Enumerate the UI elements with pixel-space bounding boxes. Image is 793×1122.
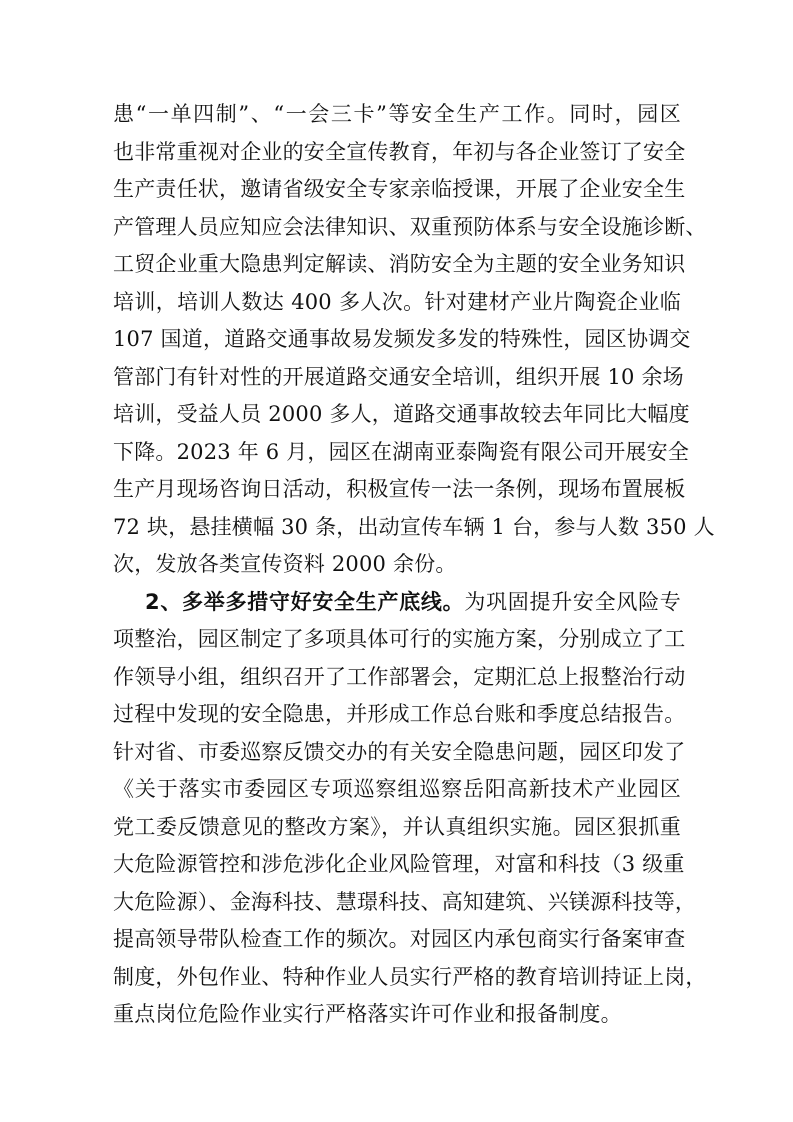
text-run: 为巩固提升安全风险专 [464, 590, 681, 614]
text-line: 针对省、市委巡察反馈交办的有关安全隐患问题，园区印发了 [113, 734, 681, 772]
text-line: 《关于落实市委园区专项巡察组巡察岳阳高新技术产业园区 [113, 771, 681, 809]
text-line: 培训，培训人数达 400 多人次。针对建材产业片陶瓷企业临 [113, 284, 681, 322]
text-line: 项整治，园区制定了多项具体可行的实施方案，分别成立了工 [113, 621, 681, 659]
text-line: 作领导小组，组织召开了工作部署会，定期汇总上报整治行动 [113, 659, 681, 697]
paragraph-safety-baseline: 2、多举多措守好安全生产底线。为巩固提升安全风险专 项整治，园区制定了多项具体可… [113, 584, 681, 1034]
text-line: 72 块，悬挂横幅 30 条，出动宣传车辆 1 台，参与人数 350 人 [113, 509, 681, 547]
text-line: 重点岗位危险作业实行严格落实许可作业和报备制度。 [113, 996, 681, 1034]
text-line: 培训，受益人员 2000 多人，道路交通事故较去年同比大幅度 [113, 396, 681, 434]
text-line: 产管理人员应知应会法律知识、双重预防体系与安全设施诊断、 [113, 209, 681, 247]
text-line: 2、多举多措守好安全生产底线。为巩固提升安全风险专 [113, 584, 681, 622]
section-heading: 2、多举多措守好安全生产底线。 [145, 590, 464, 614]
text-line: 制度，外包作业、特种作业人员实行严格的教育培训持证上岗， [113, 959, 681, 997]
text-line: 患“一单四制”、“一会三卡”等安全生产工作。同时，园区 [113, 96, 681, 134]
document-body: 患“一单四制”、“一会三卡”等安全生产工作。同时，园区 也非常重视对企业的安全宣… [113, 96, 681, 1034]
text-line: 生产月现场咨询日活动，积极宣传一法一条例，现场布置展板 [113, 471, 681, 509]
text-line: 也非常重视对企业的安全宣传教育，年初与各企业签订了安全 [113, 134, 681, 172]
paragraph-safety-education: 患“一单四制”、“一会三卡”等安全生产工作。同时，园区 也非常重视对企业的安全宣… [113, 96, 681, 584]
text-line: 党工委反馈意见的整改方案》，并认真组织实施。园区狠抓重 [113, 809, 681, 847]
text-line: 大危险源管控和涉危涉化企业风险管理，对富和科技（3 级重 [113, 846, 681, 884]
text-line: 大危险源）、金海科技、慧璟科技、高知建筑、兴镁源科技等， [113, 884, 681, 922]
text-line: 提高领导带队检查工作的频次。对园区内承包商实行备案审查 [113, 921, 681, 959]
document-page: 患“一单四制”、“一会三卡”等安全生产工作。同时，园区 也非常重视对企业的安全宣… [0, 0, 793, 1122]
text-line: 管部门有针对性的开展道路交通安全培训，组织开展 10 余场 [113, 359, 681, 397]
text-line: 工贸企业重大隐患判定解读、消防安全为主题的安全业务知识 [113, 246, 681, 284]
text-line: 107 国道，道路交通事故易发频发多发的特殊性，园区协调交 [113, 321, 681, 359]
text-line: 下降。2023 年 6 月，园区在湖南亚泰陶瓷有限公司开展安全 [113, 434, 681, 472]
text-line: 过程中发现的安全隐患，并形成工作总台账和季度总结报告。 [113, 696, 681, 734]
text-line: 生产责任状，邀请省级安全专家亲临授课，开展了企业安全生 [113, 171, 681, 209]
text-line: 次，发放各类宣传资料 2000 余份。 [113, 546, 681, 584]
